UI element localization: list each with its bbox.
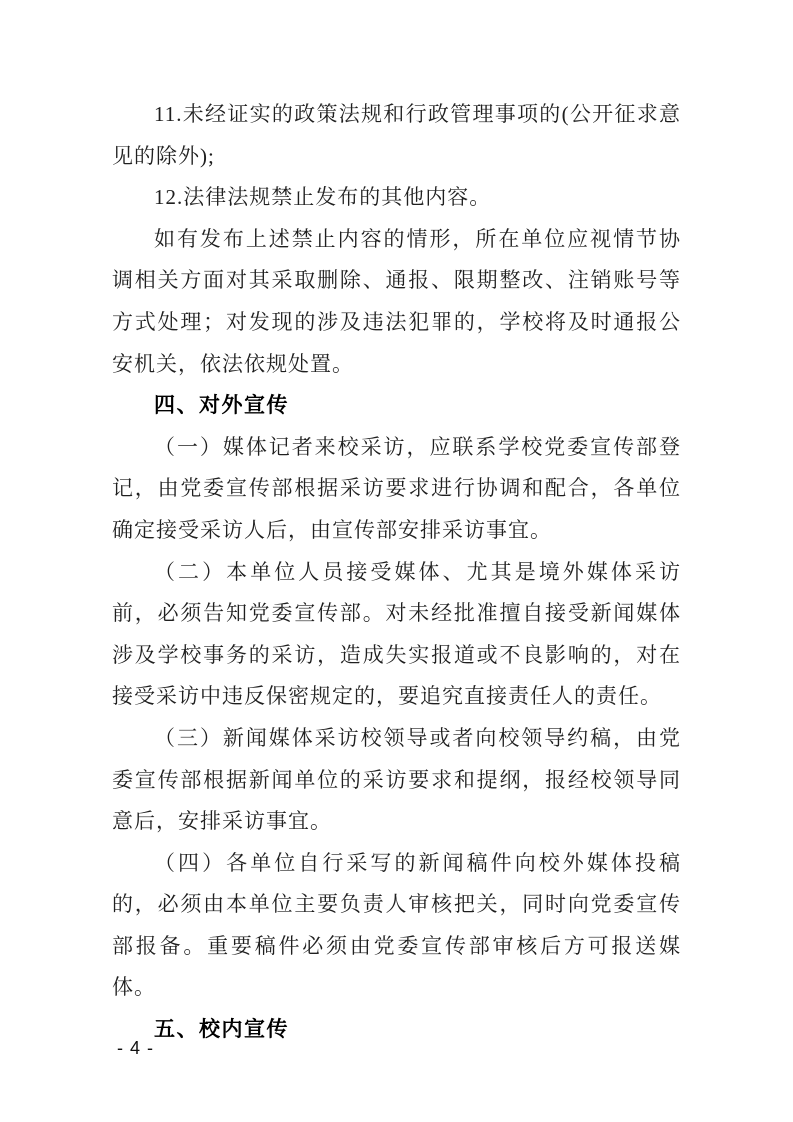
paragraph: 11.未经证实的政策法规和行政管理事项的(公开征求意见的除外); [112,94,681,177]
paragraph: 12.法律法规禁止发布的其他内容。 [112,177,681,219]
document-body: 11.未经证实的政策法规和行政管理事项的(公开征求意见的除外);12.法律法规禁… [112,94,681,1051]
paragraph: （三）新闻媒体采访校领导或者向校领导约稿，由党委宣传部根据新闻单位的采访要求和提… [112,718,681,843]
paragraph: （二）本单位人员接受媒体、尤其是境外媒体采访前，必须告知党委宣传部。对未经批准擅… [112,552,681,718]
section-heading: 五、校内宣传 [112,1009,681,1051]
page-number: - 4 - [117,1038,154,1059]
paragraph: （一）媒体记者来校采访，应联系学校党委宣传部登记，由党委宣传部根据采访要求进行协… [112,427,681,552]
paragraph: （四）各单位自行采写的新闻稿件向校外媒体投稿的，必须由本单位主要负责人审核把关，… [112,843,681,1009]
document-page: 11.未经证实的政策法规和行政管理事项的(公开征求意见的除外);12.法律法规禁… [0,0,793,1122]
paragraph: 如有发布上述禁止内容的情形，所在单位应视情节协调相关方面对其采取删除、通报、限期… [112,219,681,385]
section-heading: 四、对外宣传 [112,385,681,427]
